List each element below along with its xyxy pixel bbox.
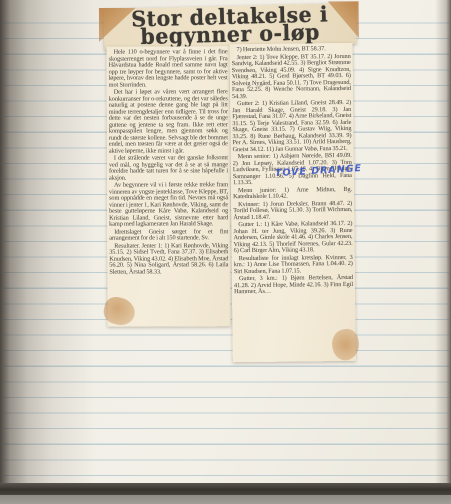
newspaper-clipping: Stor deltakelse i begynner o-løp Hele 11…: [97, 1, 362, 363]
results-kretslop-kvinner: Resultatliste for innlagt kretsløp. Kvin…: [234, 254, 353, 275]
results-jenter-2: Jenter 2: 1) Tove Kleppe, BT 35.17. 2) J…: [232, 53, 351, 100]
paragraph-organizer: Idrettslaget Gneist sørget for et fint a…: [109, 229, 228, 242]
results-kvinner: Kvinner: 1) Jorun Dreksler, Brann 48.47.…: [233, 200, 352, 221]
page-right-edge: [435, 0, 451, 484]
results-gutter-2: Gutter 2: 1) Kristian Liland, Gneist 28.…: [232, 100, 352, 153]
surface-below-page: [0, 495, 451, 504]
article-left-column: Hele 110 o-begynnere var å finne i det f…: [107, 46, 231, 326]
results-menn-junior: Menn junior: 1) Arne Midtun, Bg. Katedra…: [233, 186, 352, 200]
scrapbook-page-scan: Stor deltakelse i begynner o-løp Hele 11…: [0, 0, 451, 504]
article-right-column: 7) Henriette Mohn Jensen, BT 58.37. Jent…: [229, 43, 355, 362]
paragraph-course: Det har i løpet av våren vært arrangert …: [109, 89, 228, 154]
paragraph-intro: Hele 110 o-begynnere var å finne i det f…: [109, 49, 228, 88]
article-headline: Stor deltakelse i begynner o-løp: [103, 2, 356, 47]
paragraph-spectators: I det strålende været var det ganske fol…: [109, 155, 228, 181]
results-kretslop-gutter: Gutter, 3 km.: 1) Bjørn Bertelsen, Årsta…: [234, 275, 353, 296]
book-bottom-edge: [0, 483, 451, 495]
paragraph-winners: Av begynnere vil vi i første rekke trekk…: [109, 182, 228, 228]
results-jenter-1: Resultater. Jenter 1: 1) Kari Rønhovde, …: [109, 243, 228, 276]
results-gutter-1: Gutter 1.: 1) Kåre Vabø, Kalandseid 36.1…: [233, 221, 352, 255]
